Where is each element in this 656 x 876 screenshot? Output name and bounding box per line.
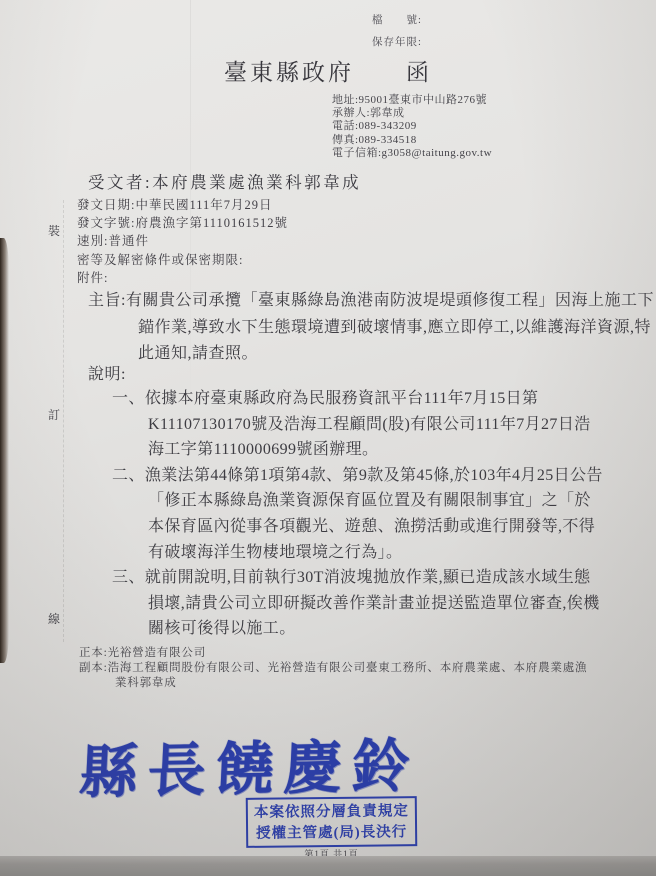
subject-paragraph: 主旨:有關貴公司承攬「臺東縣綠島漁港南防波堤堤頭修復工程」因海上施工下錨作業,導… [88,288,656,368]
document-meta-block: 發文日期:中華民國111年7月29日 發文字號:府農漁字第1110161512號… [77,196,288,287]
file-number-label: 檔 號: [372,10,422,32]
copy-label: 副本: [79,662,108,674]
item-1-text: 依據本府臺東縣政府為民服務資訊平台111年7月15日第K11107130170號… [145,390,591,458]
security-classification: 密等及解密條件或保密期限: [77,251,288,269]
contact-phone: 電話:089-343209 [332,120,492,133]
photo-bottom-shadow [0,856,656,876]
original-recipient-line: 正本:光裕營造有限公司 [79,646,591,661]
file-header-block: 檔 號: 保存年限: [372,10,422,54]
item-2-prefix: 二、 [112,467,145,484]
item-3-text: 就前開說明,目前執行30T消波塊拋放作業,顯已造成該水域生態損壞,請貴公司立即研… [145,569,600,637]
binding-mark-ding: 訂 [48,406,60,423]
item-3-prefix: 三、 [112,569,145,586]
original-value: 光裕營造有限公司 [108,647,206,659]
photo-left-edge-shadow [0,238,9,663]
binding-mark-zhuang: 裝 [48,222,60,239]
explanation-item-3: 三、就前開說明,目前執行30T消波塊拋放作業,顯已造成該水域生態損壞,請貴公司立… [112,565,606,642]
stamp-line-2: 授權主管處(局)長決行 [248,822,415,845]
item-2-text: 漁業法第44條第1項第4款、第9款及第45條,於103年4月25日公告「修正本縣… [145,467,603,561]
original-label: 正本: [79,647,108,659]
item-1-prefix: 一、 [112,390,145,407]
copy-recipient-line: 副本:浩海工程顧問股份有限公司、光裕營造有限公司臺東工務所、本府農業處、本府農業… [79,661,591,691]
binding-dotted-line [63,200,64,642]
priority-level: 速別:普通件 [77,232,288,250]
subject-label: 主旨: [88,292,126,309]
contact-email: 電子信箱:g3058@taitung.gov.tw [332,147,492,160]
distribution-block: 正本:光裕營造有限公司 副本:浩海工程顧問股份有限公司、光裕營造有限公司臺東工務… [79,646,591,691]
explanation-items: 一、依據本府臺東縣政府為民服務資訊平台111年7月15日第K1110713017… [112,386,606,642]
issue-date: 發文日期:中華民國111年7月29日 [77,196,288,214]
document-number: 發文字號:府農漁字第1110161512號 [77,214,288,232]
contact-officer: 承辦人:郭韋成 [332,107,492,120]
contact-fax: 傳真:089-334518 [332,134,492,147]
attachment-label: 附件: [77,269,288,287]
delegation-stamp-box: 本案依照分層負責規定 授權主管處(局)長決行 [246,796,418,848]
recipient-line: 受文者:本府農業處漁業科郭韋成 [88,169,361,193]
binding-mark-xian: 線 [48,610,60,627]
copy-value: 浩海工程顧問股份有限公司、光裕營造有限公司臺東工務所、本府農業處、本府農業處漁業… [108,662,588,689]
agency-address: 地址:95001臺東市中山路276號 [332,94,492,107]
retention-period-label: 保存年限: [372,32,422,54]
agency-contact-block: 地址:95001臺東市中山路276號 承辦人:郭韋成 電話:089-343209… [332,94,492,160]
explanation-label: 說明: [88,361,126,384]
document-title: 臺東縣政府 函 [0,54,656,87]
document-paper: 檔 號: 保存年限: 臺東縣政府 函 地址:95001臺東市中山路276號 承辦… [0,0,656,876]
explanation-item-1: 一、依據本府臺東縣政府為民服務資訊平台111年7月15日第K1110713017… [112,386,606,463]
stamp-line-1: 本案依照分層負責規定 [248,801,415,824]
explanation-item-2: 二、漁業法第44條第1項第4款、第9款及第45條,於103年4月25日公告「修正… [112,463,606,565]
subject-text: 有關貴公司承攬「臺東縣綠島漁港南防波堤堤頭修復工程」因海上施工下錨作業,導致水下… [126,292,654,362]
